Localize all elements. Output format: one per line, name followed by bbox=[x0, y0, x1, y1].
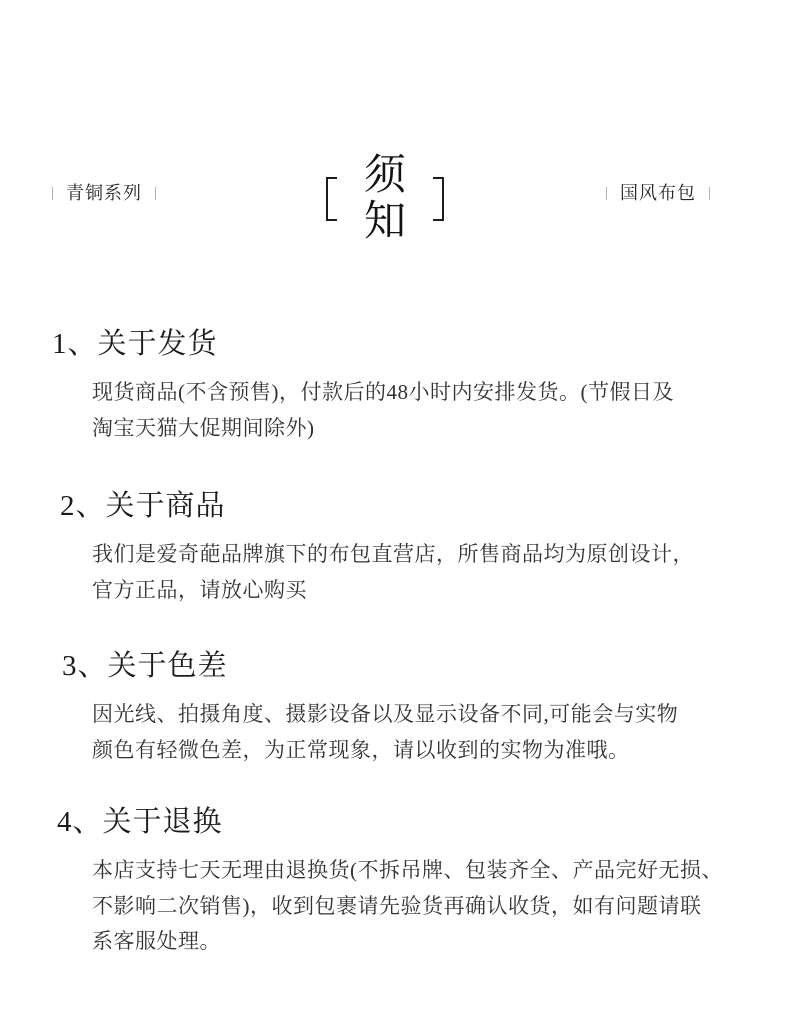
series-label-group: 青铜系列 bbox=[52, 182, 156, 204]
page-title-char-2: 知 bbox=[364, 199, 406, 245]
section-color-difference: 3、关于色差 因光线、拍摄角度、摄影设备以及显示设备不同,可能会与实物 颜色有轻… bbox=[0, 651, 790, 768]
section-color-difference-body: 因光线、拍摄角度、摄影设备以及显示设备不同,可能会与实物 颜色有轻微色差，为正常… bbox=[92, 697, 768, 768]
section-returns: 4、关于退换 本店支持七天无理由退换货(不拆吊牌、包装齐全、产品完好无损、 不影… bbox=[0, 807, 790, 960]
bracket-left-icon bbox=[326, 177, 337, 221]
page-title-char-1: 须 bbox=[364, 153, 406, 199]
section-returns-title: 4、关于退换 bbox=[57, 807, 790, 838]
section-shipping-body: 现货商品(不含预售)，付款后的48小时内安排发货。(节假日及 淘宝天猫大促期间除… bbox=[92, 375, 768, 446]
divider-bar bbox=[52, 187, 53, 200]
divider-bar bbox=[709, 187, 710, 200]
section-returns-body: 本店支持七天无理由退换货(不拆吊牌、包装齐全、产品完好无损、 不影响二次销售)，… bbox=[92, 853, 768, 960]
style-label: 国风布包 bbox=[620, 182, 696, 204]
section-product-body: 我们是爱奇葩品牌旗下的布包直营店，所售商品均为原创设计， 官方正品，请放心购买 bbox=[92, 537, 768, 608]
page-title-text: 须 知 bbox=[364, 153, 406, 245]
section-color-difference-title: 3、关于色差 bbox=[62, 651, 790, 682]
section-shipping: 1、关于发货 现货商品(不含预售)，付款后的48小时内安排发货。(节假日及 淘宝… bbox=[0, 329, 790, 446]
section-product-title: 2、关于商品 bbox=[60, 491, 790, 522]
notice-page: 青铜系列 须 知 国风布包 1、关于发货 现货商品(不含预售)，付款后的48小时… bbox=[0, 0, 790, 1035]
divider-bar bbox=[155, 187, 156, 200]
section-shipping-title: 1、关于发货 bbox=[52, 329, 790, 360]
page-title: 须 知 bbox=[326, 155, 444, 243]
section-product: 2、关于商品 我们是爱奇葩品牌旗下的布包直营店，所售商品均为原创设计， 官方正品… bbox=[0, 491, 790, 608]
divider-bar bbox=[606, 187, 607, 200]
bracket-right-icon bbox=[433, 177, 444, 221]
series-label: 青铜系列 bbox=[66, 182, 142, 204]
style-label-group: 国风布包 bbox=[606, 182, 710, 204]
